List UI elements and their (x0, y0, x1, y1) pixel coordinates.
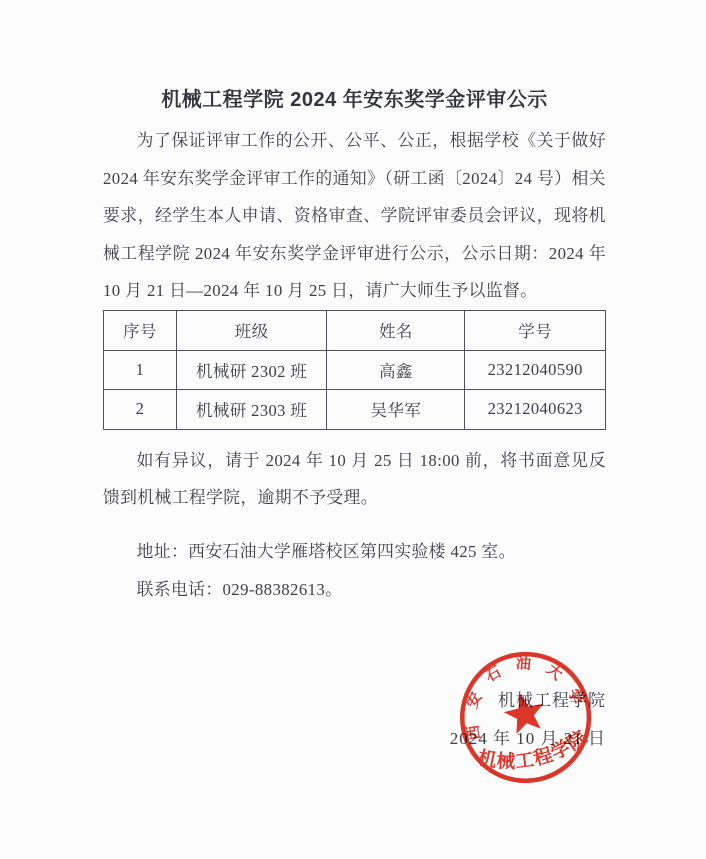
cell-index: 2 (104, 390, 177, 430)
intro-paragraph: 为了保证评审工作的公开、公平、公正，根据学校《关于做好 2024 年安东奖学金评… (103, 122, 606, 310)
document-page: 机械工程学院 2024 年安东奖学金评审公示 为了保证评审工作的公开、公平、公正… (0, 0, 706, 859)
phone-line: 联系电话：029-88382613。 (103, 571, 606, 609)
cell-class: 机械研 2302 班 (176, 350, 327, 390)
objection-paragraph: 如有异议，请于 2024 年 10 月 25 日 18:00 前，将书面意见反馈… (103, 442, 606, 517)
cell-student-id: 23212040590 (465, 350, 606, 390)
table-row: 2 机械研 2303 班 吴华军 23212040623 (104, 390, 606, 430)
col-header-index: 序号 (104, 310, 177, 350)
awardees-table: 序号 班级 姓名 学号 1 机械研 2302 班 高鑫 23212040590 … (103, 310, 606, 430)
col-header-class: 班级 (176, 310, 327, 350)
signature-date: 2024 年 10 月 21 日 (103, 720, 606, 758)
signature-name: 机械工程学院 (103, 682, 606, 720)
table-header-row: 序号 班级 姓名 学号 (104, 310, 606, 350)
address-line: 地址：西安石油大学雁塔校区第四实验楼 425 室。 (103, 533, 606, 571)
cell-student-id: 23212040623 (465, 390, 606, 430)
col-header-name: 姓名 (327, 310, 465, 350)
page-title: 机械工程学院 2024 年安东奖学金评审公示 (103, 88, 606, 112)
document-content: 机械工程学院 2024 年安东奖学金评审公示 为了保证评审工作的公开、公平、公正… (103, 0, 606, 758)
signature-block: 机械工程学院 2024 年 10 月 21 日 (103, 682, 606, 758)
cell-class: 机械研 2303 班 (176, 390, 327, 430)
cell-index: 1 (104, 350, 177, 390)
col-header-student-id: 学号 (465, 310, 606, 350)
table-row: 1 机械研 2302 班 高鑫 23212040590 (104, 350, 606, 390)
cell-name: 高鑫 (327, 350, 465, 390)
cell-name: 吴华军 (327, 390, 465, 430)
